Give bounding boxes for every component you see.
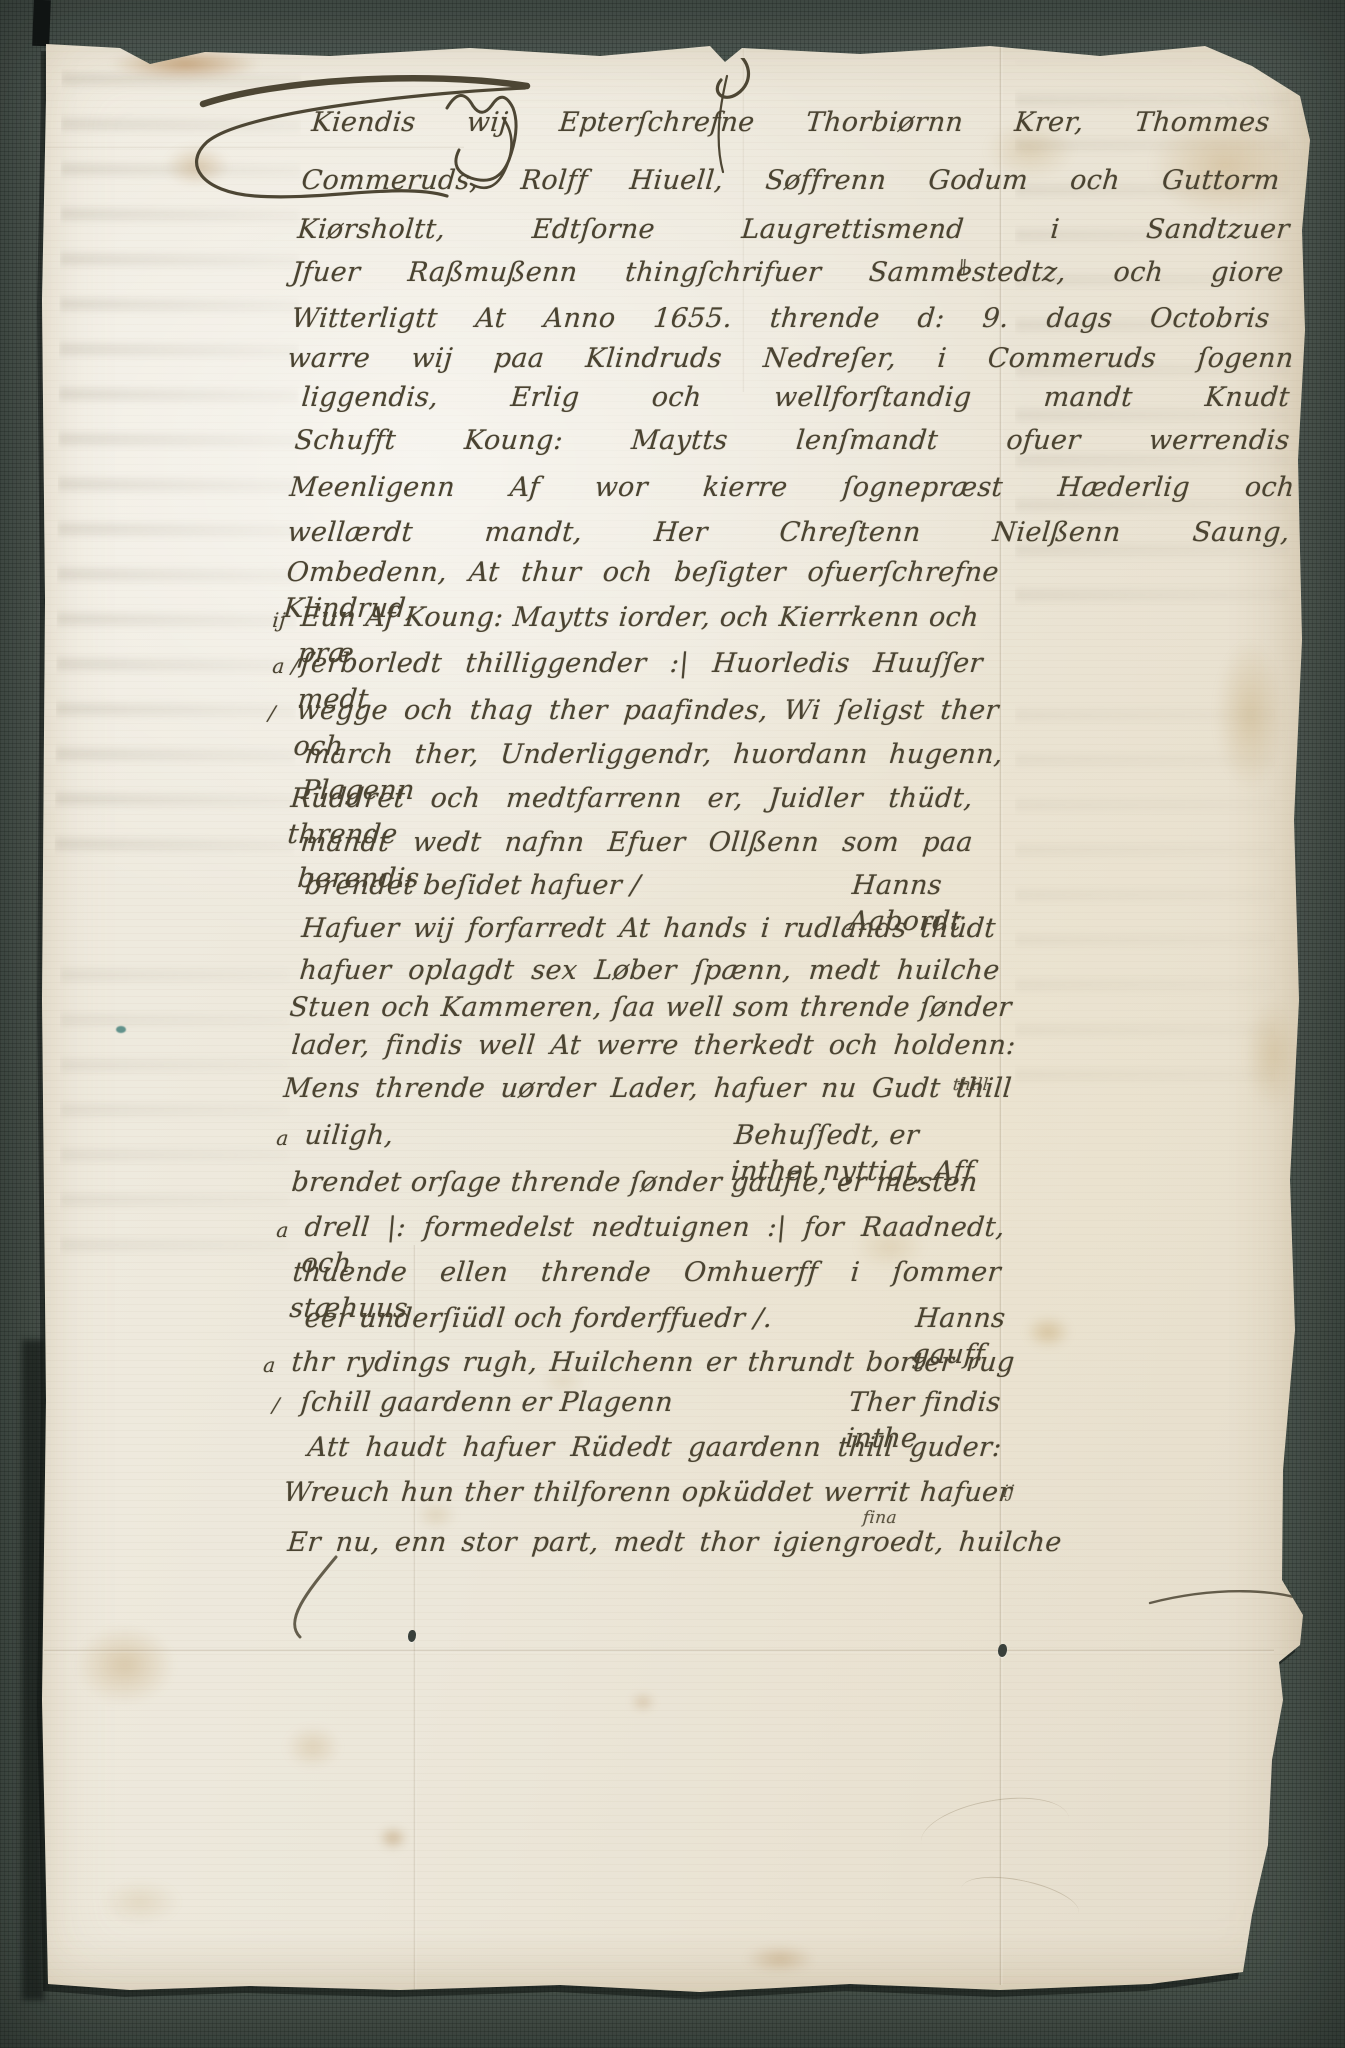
line-text: Witterligtt At Anno 1655. thrende d: 9. … bbox=[290, 301, 1271, 337]
manuscript-line: Schufft Koung: Maytts lenſmandt ofuer we… bbox=[293, 423, 1291, 459]
line-text: Att haudt hafuer Rüdedt gaardenn thill g… bbox=[306, 1430, 1003, 1466]
superscript-note: thill bbox=[952, 1075, 989, 1095]
manuscript-line: wellærdt mandt, Her Chreſtenn Nielßenn S… bbox=[286, 515, 1291, 551]
line-text: Er nu, enn stor part, medt thor igiengro… bbox=[286, 1525, 1063, 1561]
manuscript-line: Meenligenn Af wor kierre ſognepræst Hæde… bbox=[288, 470, 1296, 506]
manuscript-line: Att haudt hafuer Rüdedt gaardenn thill g… bbox=[306, 1430, 1003, 1466]
line-text: liggendis, Erlig och wellforſtandig mand… bbox=[300, 380, 1291, 416]
margin-mark: / bbox=[271, 1387, 281, 1423]
margin-mark: a bbox=[275, 1120, 290, 1156]
manuscript-line: liggendis, Erlig och wellforſtandig mand… bbox=[300, 380, 1291, 416]
line-text: brendet orſage thrende ſønder gaufle, er… bbox=[290, 1165, 979, 1201]
margin-mark: a / bbox=[271, 648, 300, 684]
line-text: hafuer oplagdt sex Løber ſpænn, medt hui… bbox=[298, 953, 1001, 989]
manuscript-line: Jfuer Raßmußenn thingſchrifuer Sammested… bbox=[290, 255, 1285, 291]
manuscript-line: Commeruds, Rolff Hiuell, Søffrenn Godum … bbox=[300, 163, 1281, 199]
margin-mark: ij bbox=[271, 602, 287, 638]
manuscript-line: athr rydings rugh, Huilchenn er thrundt … bbox=[290, 1345, 1016, 1381]
margin-mark: a bbox=[275, 1212, 290, 1248]
line-text: wellærdt mandt, Her Chreſtenn Nielßenn S… bbox=[286, 515, 1291, 551]
line-text: Wreuch hun ther thilforenn opküddet werr… bbox=[282, 1475, 1013, 1511]
manuscript-page: Kiendis wij Epterſchrefne Thorbiørnn Kre… bbox=[38, 36, 1313, 1998]
manuscript-line: Hafuer wij forfarredt At hands i rudland… bbox=[300, 911, 997, 947]
line-text: Commeruds, Rolff Hiuell, Søffrenn Godum … bbox=[300, 163, 1281, 199]
manuscript-line: lader, findis well At werre therkedt och… bbox=[290, 1028, 1017, 1064]
manuscript-line: Stuen och Kammeren, ſaa well som thrende… bbox=[288, 990, 1013, 1026]
manuscript-line: Er nu, enn stor part, medt thor igiengro… bbox=[286, 1525, 1063, 1561]
margin-mark: / bbox=[267, 695, 277, 731]
line-text: Meenligenn Af wor kierre ſognepræst Hæde… bbox=[288, 470, 1296, 506]
manuscript-line: Kiørsholtt, Edtſorne Laugrettismend i Sa… bbox=[296, 212, 1291, 248]
line-text: ∥ bbox=[958, 258, 968, 278]
manuscript-line: Witterligtt At Anno 1655. thrende d: 9. … bbox=[290, 301, 1271, 337]
line-text: Stuen och Kammeren, ſaa well som thrende… bbox=[288, 990, 1013, 1026]
line-text: Kiørsholtt, Edtſorne Laugrettismend i Sa… bbox=[296, 212, 1291, 248]
paper-surface: Kiendis wij Epterſchrefne Thorbiørnn Kre… bbox=[0, 0, 1345, 2048]
line-text: thr rydings rugh, Huilchenn er thrundt b… bbox=[290, 1345, 1016, 1381]
manuscript-line: Kiendis wij Epterſchrefne Thorbiørnn Kre… bbox=[310, 105, 1271, 141]
line-text: Jfuer Raßmußenn thingſchrifuer Sammested… bbox=[290, 255, 1285, 291]
line-text: thill bbox=[952, 1075, 989, 1095]
line-text: lader, findis well At werre therkedt och… bbox=[290, 1028, 1017, 1064]
line-text: Mens thrende uørder Lader, hafuer nu Gud… bbox=[282, 1071, 1013, 1107]
superscript-note: fina bbox=[862, 1508, 898, 1528]
line-text: fina bbox=[862, 1508, 898, 1528]
manuscript-text: Kiendis wij Epterſchrefne Thorbiørnn Kre… bbox=[0, 0, 1345, 2048]
line-text: Kiendis wij Epterſchrefne Thorbiørnn Kre… bbox=[310, 105, 1271, 141]
manuscript-line: warre wij paa Klindruds Nedreſer, i Comm… bbox=[286, 341, 1295, 377]
manuscript-line: hafuer oplagdt sex Løber ſpænn, medt hui… bbox=[298, 953, 1001, 989]
manuscript-line: brendet orſage thrende ſønder gaufle, er… bbox=[290, 1165, 979, 1201]
line-text: Schufft Koung: Maytts lenſmandt ofuer we… bbox=[293, 423, 1291, 459]
manuscript-line: Mens thrende uørder Lader, hafuer nu Gud… bbox=[282, 1071, 1013, 1107]
line-text: Hafuer wij forfarredt At hands i rudland… bbox=[300, 911, 997, 947]
scanned-manuscript-screenshot: Kiendis wij Epterſchrefne Thorbiørnn Kre… bbox=[0, 0, 1345, 2048]
line-text: ij bbox=[1002, 1482, 1015, 1502]
line-text: warre wij paa Klindruds Nedreſer, i Comm… bbox=[286, 341, 1295, 377]
superscript-note: ij bbox=[1002, 1482, 1015, 1502]
manuscript-line: Wreuch hun ther thilforenn opküddet werr… bbox=[282, 1475, 1013, 1511]
superscript-note: ∥ bbox=[958, 258, 968, 278]
margin-mark: a bbox=[262, 1347, 277, 1383]
binding-edge bbox=[32, 0, 51, 46]
